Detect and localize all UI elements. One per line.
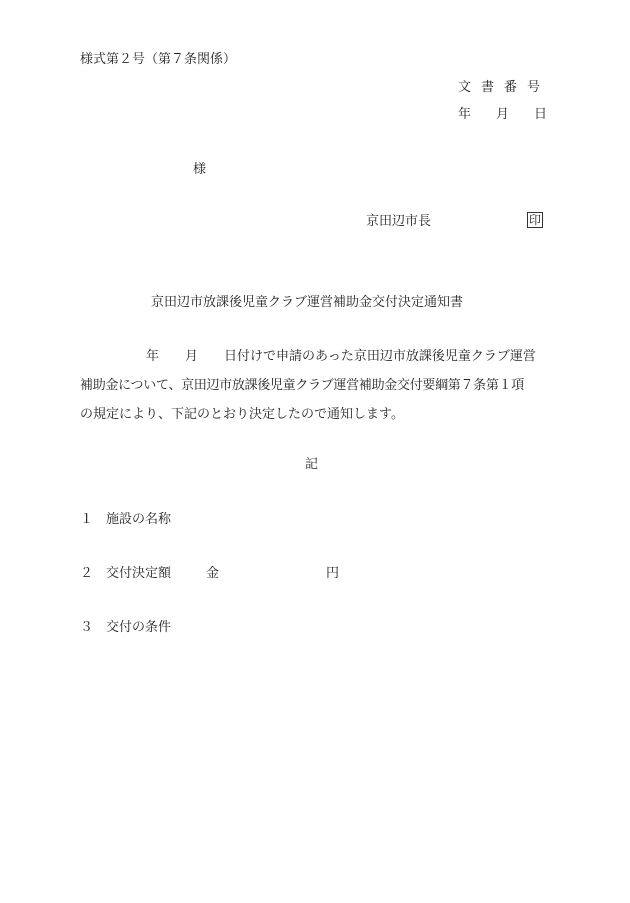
amount-suffix: 円: [326, 567, 339, 580]
date-month: 月: [496, 108, 509, 121]
issuer-name: 京田辺市長: [366, 215, 431, 228]
body-line-3: の規定により、下記のとおり決定したので通知します。: [80, 400, 550, 429]
document-title: 京田辺市放課後児童クラブ運営補助金交付決定通知書: [151, 296, 463, 309]
body-line-1: 年月日付けで申請のあった京田辺市放課後児童クラブ運営: [80, 342, 550, 371]
body-line-2: 補助金について、京田辺市放課後児童クラブ運営補助金交付要綱第７条第１項: [80, 371, 550, 400]
body-line-1-text: 日付けで申請のあった京田辺市放課後児童クラブ運営: [224, 349, 536, 364]
item-number: ３: [80, 621, 93, 634]
body-month: 月: [185, 349, 198, 364]
item-number: １: [80, 513, 93, 526]
body-paragraph: 年月日付けで申請のあった京田辺市放課後児童クラブ運営 補助金について、京田辺市放…: [80, 342, 550, 429]
body-year: 年: [146, 349, 159, 364]
item-label: 交付決定額: [106, 567, 171, 580]
date-year: 年: [458, 108, 471, 121]
ki-heading: 記: [305, 458, 318, 471]
form-label: 様式第２号（第７条関係）: [80, 53, 236, 66]
seal-mark: 印: [527, 212, 543, 228]
seal-icon: 印: [527, 212, 543, 228]
item-label: 施設の名称: [106, 513, 171, 526]
item-label: 交付の条件: [106, 621, 171, 634]
date-day: 日: [534, 108, 547, 121]
item-number: ２: [80, 567, 93, 580]
addressee-suffix: 様: [193, 163, 206, 176]
amount-prefix: 金: [206, 567, 219, 580]
document-number-label: 文書番号: [458, 81, 550, 94]
